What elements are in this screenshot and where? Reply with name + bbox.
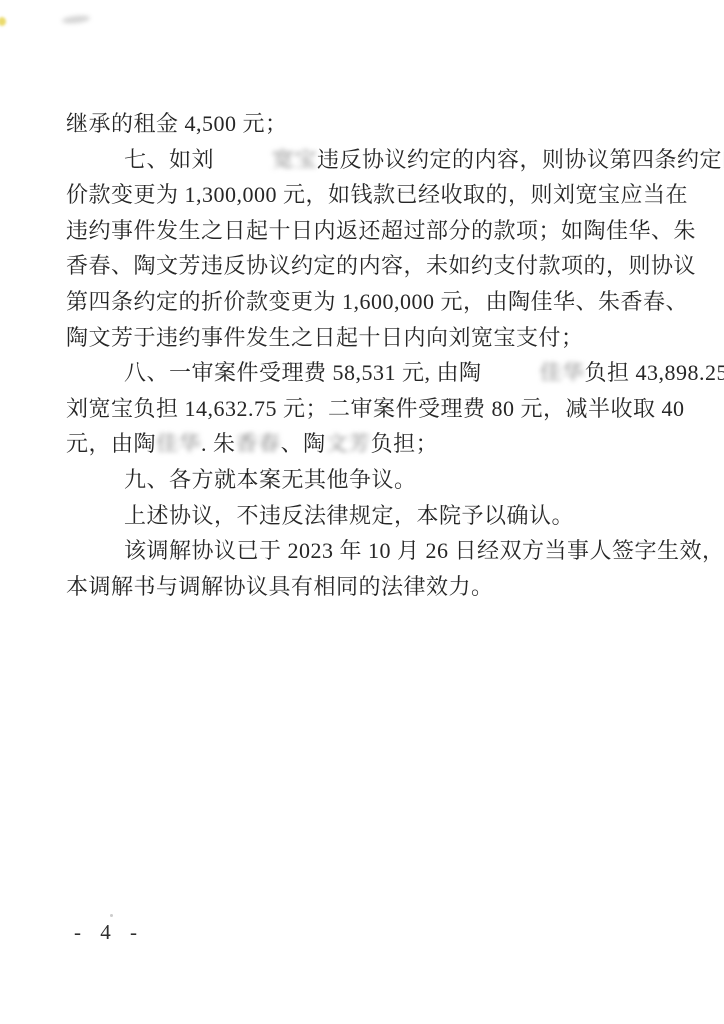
text-line: 上述协议，不违反法律规定，本院予以确认。 <box>66 498 662 534</box>
text-segment: 八、一审案件受理费 58,531 元, 由陶 <box>124 360 482 385</box>
text-segment: 继承的租金 4,500 元； <box>66 111 288 136</box>
text-segment: 第四条约定的折价款变更为 1,600,000 元，由陶佳华、朱香春、 <box>66 289 688 314</box>
pen-smudge-mark <box>62 15 91 25</box>
text-segment: 负担 43,898.25 元， <box>585 360 724 385</box>
text-line: 八、一审案件受理费 58,531 元, 由陶佳华负担 43,898.25 元， <box>66 355 662 391</box>
text-segment: 本调解书与调解协议具有相同的法律效力。 <box>66 574 494 599</box>
text-segment: 该调解协议已于 2023 年 10 月 26 日经双方当事人签字生效， <box>124 538 724 563</box>
text-line: 第四条约定的折价款变更为 1,600,000 元，由陶佳华、朱香春、 <box>66 284 662 320</box>
redacted-name: 佳华 <box>156 427 201 461</box>
text-segment: 元，由陶 <box>66 431 156 456</box>
text-line: 刘宽宝负担 14,632.75 元；二审案件受理费 80 元，减半收取 40 <box>66 391 662 427</box>
text-segment: 、陶 <box>281 431 326 456</box>
text-line: 本调解书与调解协议具有相同的法律效力。 <box>66 569 662 605</box>
text-segment: 七、如刘 <box>124 147 214 172</box>
redacted-name: 文芳 <box>326 427 371 461</box>
yellow-speck-mark <box>0 17 6 26</box>
text-line: 陶文芳于违约事件发生之日起十日内向刘宽宝支付； <box>66 320 662 356</box>
text-segment: 陶文芳于违约事件发生之日起十日内向刘宽宝支付； <box>66 325 584 350</box>
document-body: 继承的租金 4,500 元；七、如刘宽宝违反协议约定的内容，则协议第四条约定的折… <box>66 106 662 604</box>
redacted-name: 宽宝 <box>214 142 317 176</box>
text-segment: 价款变更为 1,300,000 元，如钱款已经收取的，则刘宽宝应当在 <box>66 182 688 207</box>
text-segment: . 朱 <box>201 431 236 456</box>
text-segment: 香春、陶文芳违反协议约定的内容，未如约支付款项的，则协议 <box>66 253 696 278</box>
text-line: 七、如刘宽宝违反协议约定的内容，则协议第四条约定的折 <box>66 142 662 178</box>
text-segment: 违约事件发生之日起十日内返还超过部分的款项；如陶佳华、朱 <box>66 218 696 243</box>
redacted-name: 佳华 <box>482 356 585 390</box>
text-line: 该调解协议已于 2023 年 10 月 26 日经双方当事人签字生效， <box>66 533 662 569</box>
document-page: 继承的租金 4,500 元；七、如刘宽宝违反协议约定的内容，则协议第四条约定的折… <box>0 0 724 1024</box>
text-line: 九、各方就本案无其他争议。 <box>66 462 662 498</box>
text-line: 继承的租金 4,500 元； <box>66 106 662 142</box>
text-segment: 上述协议，不违反法律规定，本院予以确认。 <box>124 503 574 528</box>
text-segment: 刘宽宝负担 14,632.75 元；二审案件受理费 80 元，减半收取 40 <box>66 396 685 421</box>
page-number: - 4 - <box>74 920 141 945</box>
text-line: 违约事件发生之日起十日内返还超过部分的款项；如陶佳华、朱 <box>66 213 662 249</box>
text-line: 香春、陶文芳违反协议约定的内容，未如约支付款项的，则协议 <box>66 248 662 284</box>
text-segment: 负担； <box>371 431 439 456</box>
ink-dot-mark <box>110 914 113 917</box>
text-segment: 违反协议约定的内容，则协议第四条约定的折 <box>317 147 724 172</box>
redacted-name: 香春 <box>236 427 281 461</box>
text-line: 元，由陶佳华. 朱香春、陶文芳负担； <box>66 426 662 462</box>
text-line: 价款变更为 1,300,000 元，如钱款已经收取的，则刘宽宝应当在 <box>66 177 662 213</box>
text-segment: 九、各方就本案无其他争议。 <box>124 467 417 492</box>
